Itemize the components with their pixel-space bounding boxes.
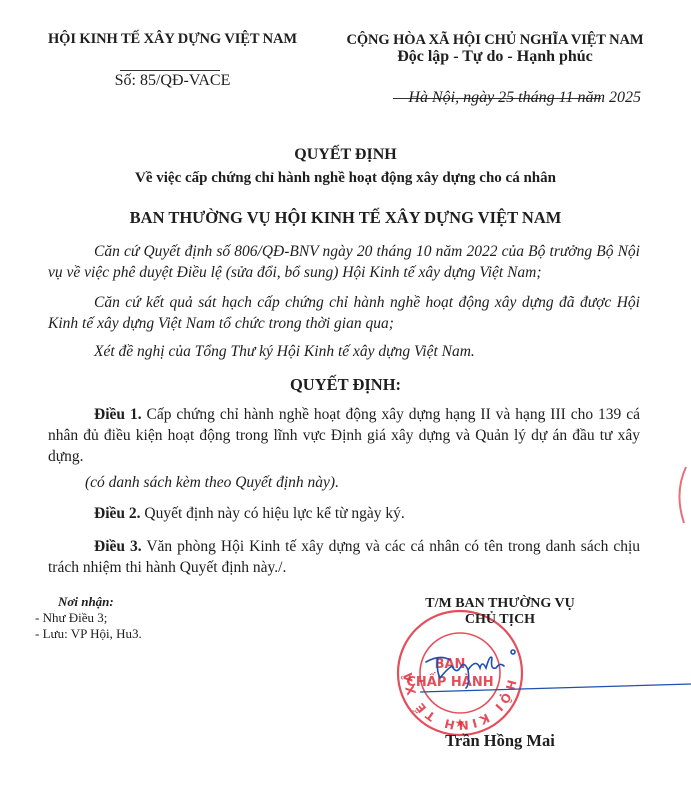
place-date: Hà Nội, ngày 25 tháng 11 năm 2025	[330, 89, 641, 107]
article-1-note: (có danh sách kèm theo Quyết định này).	[85, 474, 339, 492]
article-text: Quyết định này có hiệu lực kể từ ngày ký…	[141, 505, 405, 522]
country-name: CỘNG HÒA XÃ HỘI CHỦ NGHĨA VIỆT NAM	[330, 32, 660, 49]
preamble-clause: Căn cứ Quyết định số 806/QĐ-BNV ngày 20 …	[48, 241, 640, 283]
svg-text:★: ★	[455, 716, 466, 730]
article-label: Điều 2.	[94, 505, 141, 522]
national-motto: Độc lập - Tự do - Hạnh phúc	[330, 48, 660, 66]
article-1: Điều 1. Cấp chứng chỉ hành nghề hoạt độn…	[48, 404, 640, 467]
issuing-authority: BAN THƯỜNG VỤ HỘI KINH TẾ XÂY DỰNG VIỆT …	[0, 208, 691, 228]
preamble-clause: Căn cứ kết quả sát hạch cấp chứng chỉ hà…	[48, 292, 640, 334]
signer-position: CHỦ TỊCH	[380, 612, 620, 628]
signer-name: Trần Hồng Mai	[380, 731, 620, 751]
issuing-organization: HỘI KINH TẾ XÂY DỰNG VIỆT NAM	[0, 31, 345, 48]
partial-seal-edge-icon	[660, 465, 691, 525]
decision-heading: QUYẾT ĐỊNH:	[0, 375, 691, 395]
article-label: Điều 1.	[94, 406, 142, 423]
handwritten-signature-icon	[420, 640, 691, 700]
organization-underline	[120, 70, 220, 71]
article-label: Điều 3.	[94, 538, 142, 555]
document-type: QUYẾT ĐỊNH	[0, 146, 691, 164]
article-3: Điều 3. Văn phòng Hội Kinh tế xây dựng v…	[48, 536, 640, 578]
recipient-item: - Như Điều 3;	[35, 610, 107, 626]
recipient-item: - Lưu: VP Hội, Hu3.	[35, 626, 142, 642]
document-subject: Về việc cấp chứng chỉ hành nghề hoạt độn…	[0, 170, 691, 187]
document-number: Số: 85/QĐ-VACE	[0, 72, 345, 90]
signing-on-behalf: T/M BAN THƯỜNG VỤ	[380, 596, 620, 612]
recipients-title: Nơi nhận:	[58, 594, 114, 610]
article-2: Điều 2. Quyết định này có hiệu lực kể từ…	[48, 503, 640, 524]
preamble-clause: Xét đề nghị của Tổng Thư ký Hội Kinh tế …	[48, 341, 640, 362]
